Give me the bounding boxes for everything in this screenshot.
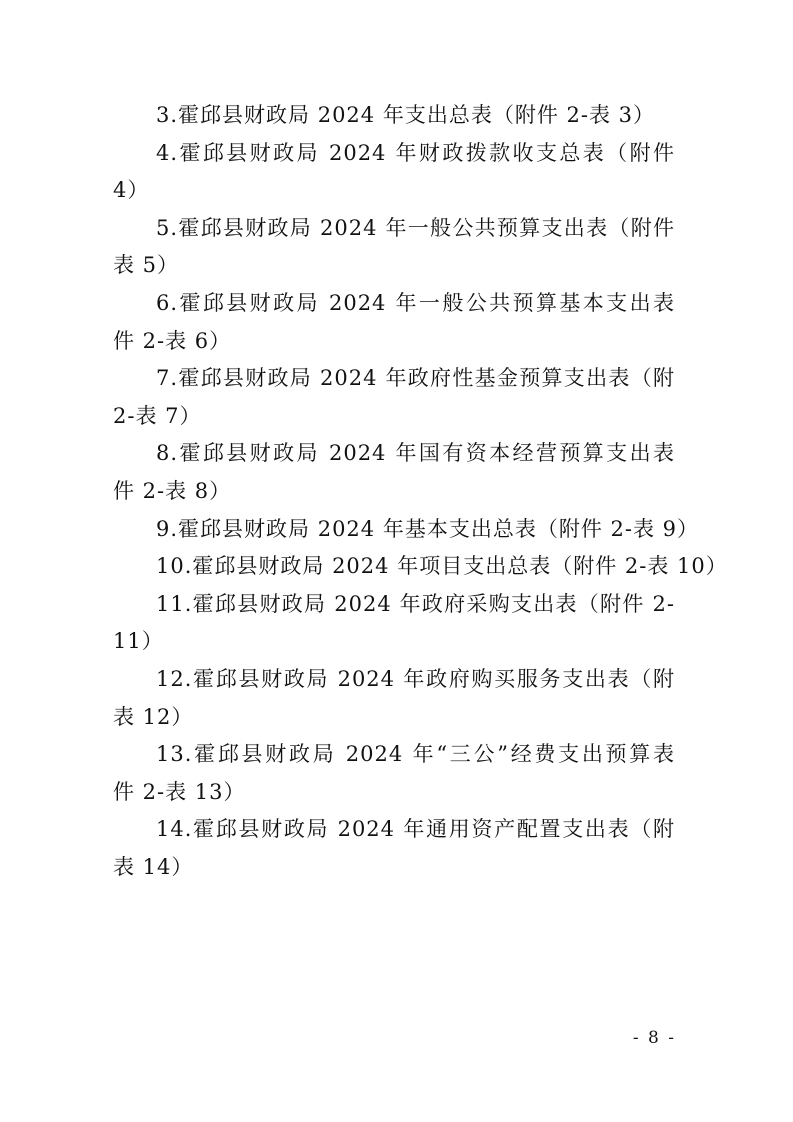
list-item-line: 8.霍邱县财政局 2024 年国有资本经营预算支出表（附 <box>113 435 675 473</box>
list-item-line: 6.霍邱县财政局 2024 年一般公共预算基本支出表（附 <box>113 285 675 323</box>
list-item-line: 件 2-表 8） <box>113 473 675 511</box>
list-item-line: 表 14） <box>113 849 675 887</box>
document-page: 3.霍邱县财政局 2024 年支出总表（附件 2-表 3） 4.霍邱县财政局 2… <box>0 0 793 1122</box>
list-item-line: 4） <box>113 172 675 210</box>
list-item-line: 12.霍邱县财政局 2024 年政府购买服务支出表（附件 2- <box>113 661 675 699</box>
list-item-line: 5.霍邱县财政局 2024 年一般公共预算支出表（附件 2- <box>113 210 675 248</box>
list-item-line: 4.霍邱县财政局 2024 年财政拨款收支总表（附件 2-表 <box>113 135 675 173</box>
list-item-line: 7.霍邱县财政局 2024 年政府性基金预算支出表（附件 <box>113 360 675 398</box>
list-item-line: 件 2-表 13） <box>113 774 675 812</box>
attachment-table-list: 3.霍邱县财政局 2024 年支出总表（附件 2-表 3） 4.霍邱县财政局 2… <box>113 97 675 886</box>
list-item-line: 表 5） <box>113 247 675 285</box>
list-item-line: 13.霍邱县财政局 2024 年“三公”经费支出预算表（附 <box>113 736 675 774</box>
list-item-line: 14.霍邱县财政局 2024 年通用资产配置支出表（附件 2- <box>113 811 675 849</box>
list-item-line: 件 2-表 6） <box>113 323 675 361</box>
page-number: - 8 - <box>633 1027 676 1049</box>
list-item-line: 3.霍邱县财政局 2024 年支出总表（附件 2-表 3） <box>113 97 675 135</box>
list-item-line: 10.霍邱县财政局 2024 年项目支出总表（附件 2-表 10） <box>113 548 675 586</box>
list-item-line: 11） <box>113 623 675 661</box>
list-item-line: 2-表 7） <box>113 398 675 436</box>
list-item-line: 11.霍邱县财政局 2024 年政府采购支出表（附件 2-表 <box>113 586 675 624</box>
list-item-line: 9.霍邱县财政局 2024 年基本支出总表（附件 2-表 9） <box>113 511 675 549</box>
list-item-line: 表 12） <box>113 699 675 737</box>
